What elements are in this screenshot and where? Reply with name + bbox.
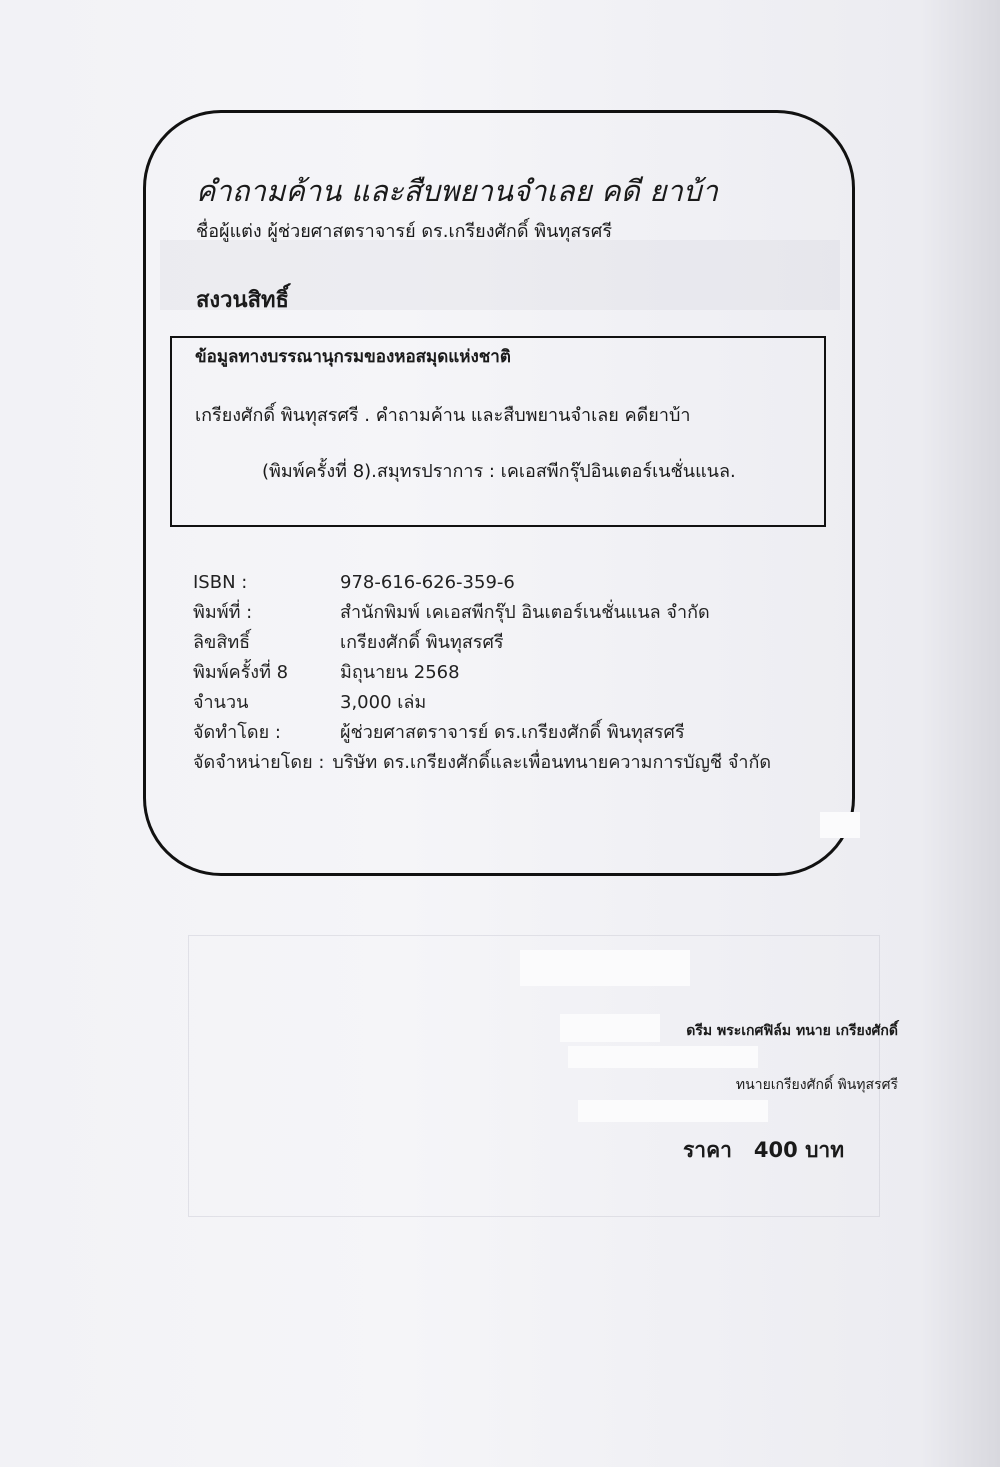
lawyer-line: ทนายเกรียงศักดิ์ พินทุสรศรี xyxy=(736,1074,898,1096)
info-row-copyright: ลิขสิทธิ์ เกรียงศักดิ์ พินทุสรศรี xyxy=(193,628,771,658)
book-title: คำถามค้าน และสืบพยานจำเลย คดี ยาบ้า xyxy=(196,168,718,214)
price-value: 400 บาท xyxy=(754,1138,844,1162)
info-value: 3,000 เล่ม xyxy=(340,688,426,718)
info-value: เกรียงศักดิ์ พินทุสรศรี xyxy=(340,628,504,658)
price-label: ราคา xyxy=(683,1138,732,1162)
info-value: มิถุนายน 2568 xyxy=(340,658,460,688)
info-label: ลิขสิทธิ์ xyxy=(193,628,340,658)
rights-notice: สงวนสิทธิ์ xyxy=(196,282,289,317)
redaction-patch xyxy=(820,812,860,838)
info-row-distributor: จัดจำหน่ายโดย : บริษัท ดร.เกรียงศักดิ์แล… xyxy=(193,748,771,778)
info-row-edition: พิมพ์ครั้งที่ 8 มิถุนายน 2568 xyxy=(193,658,771,688)
redaction-patch xyxy=(578,1100,768,1122)
redaction-patch xyxy=(560,1014,660,1042)
info-row-isbn: ISBN : 978-616-626-359-6 xyxy=(193,568,771,598)
info-label: พิมพ์ที่ : xyxy=(193,598,340,628)
brand-line: ดรีม พระเกศฟิล์ม ทนาย เกรียงศักดิ์ xyxy=(686,1020,898,1042)
info-label: พิมพ์ครั้งที่ 8 xyxy=(193,658,340,688)
info-label: จัดจำหน่ายโดย : xyxy=(193,748,324,778)
info-label: จัดทำโดย : xyxy=(193,718,340,748)
info-label: ISBN : xyxy=(193,568,340,598)
price: ราคา400 บาท xyxy=(683,1134,844,1167)
info-value: บริษัท ดร.เกรียงศักดิ์และเพื่อนทนายความก… xyxy=(332,748,771,778)
publication-info: ISBN : 978-616-626-359-6 พิมพ์ที่ : สำนั… xyxy=(193,568,771,778)
redaction-patch xyxy=(568,1046,758,1068)
info-value: 978-616-626-359-6 xyxy=(340,568,515,598)
info-row-produced-by: จัดทำโดย : ผู้ช่วยศาสตราจารย์ ดร.เกรียงศ… xyxy=(193,718,771,748)
info-value: สำนักพิมพ์ เคเอสพีกรุ๊ป อินเตอร์เนชั่นแน… xyxy=(340,598,710,628)
info-label: จำนวน xyxy=(193,688,340,718)
info-row-quantity: จำนวน 3,000 เล่ม xyxy=(193,688,771,718)
cip-heading: ข้อมูลทางบรรณานุกรมของหอสมุดแห่งชาติ xyxy=(195,343,511,370)
redaction-patch xyxy=(520,950,690,986)
cip-entry-line1: เกรียงศักดิ์ พินทุสรศรี . คำถามค้าน และส… xyxy=(195,400,691,429)
author-line: ชื่อผู้แต่ง ผู้ช่วยศาสตราจารย์ ดร.เกรียง… xyxy=(196,216,612,245)
info-value: ผู้ช่วยศาสตราจารย์ ดร.เกรียงศักดิ์ พินทุ… xyxy=(340,718,685,748)
cip-entry-line2: (พิมพ์ครั้งที่ 8).สมุทรปราการ : เคเอสพีก… xyxy=(262,456,736,485)
info-row-printer: พิมพ์ที่ : สำนักพิมพ์ เคเอสพีกรุ๊ป อินเต… xyxy=(193,598,771,628)
